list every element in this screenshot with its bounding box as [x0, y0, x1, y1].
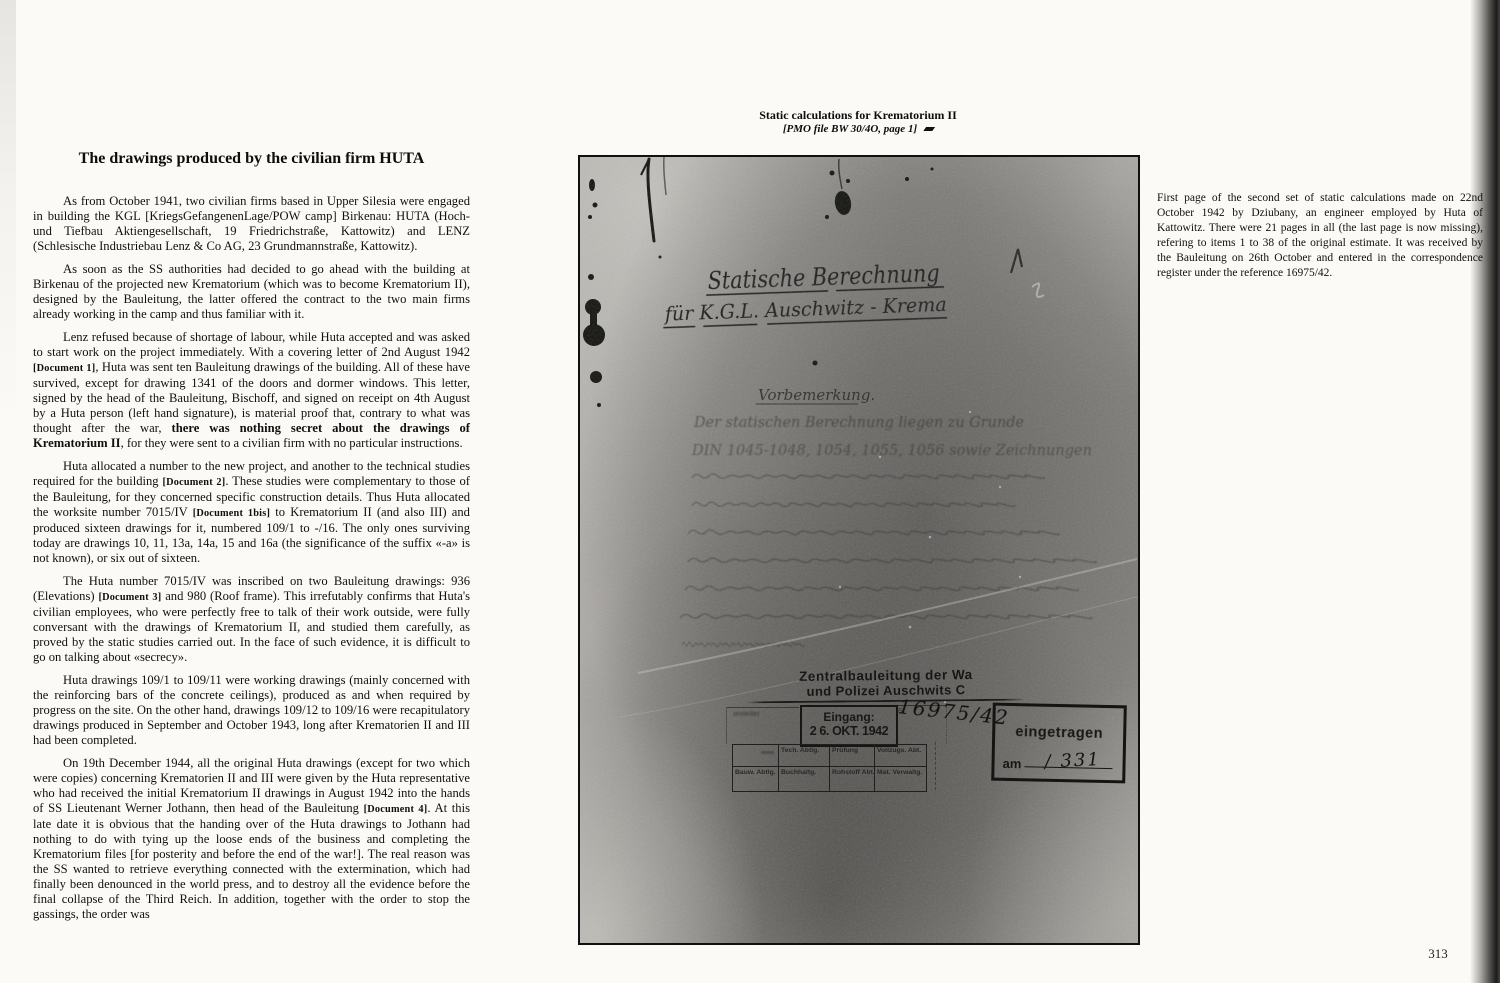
pen-mark-icon [923, 127, 935, 131]
article-paragraph-5: The Huta number 7015/IV was inscribed on… [33, 574, 470, 665]
document-photo: Statische Berechnung für K.G.L. Auschwit… [578, 155, 1140, 945]
dept-cell-label: Bauw. Abtlg. [735, 769, 776, 776]
dept-cell: Tech. Abtlg. [779, 744, 830, 767]
dept-cell-label: Tech. Abtlg. [781, 747, 819, 754]
dept-cell: Prüfung [830, 744, 875, 767]
article-paragraph-7: On 19th December 1944, all the original … [33, 756, 470, 922]
eingetragen-label: eingetragen [995, 724, 1123, 743]
eingetragen-stamp: eingetragen am / 331 [991, 703, 1127, 784]
article-paragraph-3: Lenz refused because of shortage of labo… [33, 330, 470, 451]
department-grid-row2: Bauw. Abtlg. Buchhaltg. Rohstoff Abt. Ma… [732, 767, 927, 792]
eingang-label: Eingang: [802, 710, 896, 724]
dashed-divider [935, 742, 936, 790]
photo-artwork: Statische Berechnung für K.G.L. Auschwit… [580, 157, 1138, 943]
dept-cell: Buchhaltg. [779, 767, 830, 792]
dept-cell-label: Prüfung [832, 747, 858, 754]
eingang-date-stamp: Eingang: 2 6. OKT. 1942 [800, 705, 898, 747]
photo-caption: Static calculations for Krematorium II [… [578, 108, 1138, 135]
eingang-date: 2 6. OKT. 1942 [802, 724, 896, 738]
book-page: The drawings produced by the civilian fi… [0, 0, 1500, 983]
article-heading: The drawings produced by the civilian fi… [33, 150, 470, 168]
eingetragen-handwritten-value: / 331 [1044, 749, 1101, 773]
left-article-column: The drawings produced by the civilian fi… [33, 150, 470, 930]
dept-cell: Bauw. Abtlg. [732, 767, 779, 792]
dept-cell-label: Buchhaltg. [781, 769, 816, 776]
am-label: am [1002, 756, 1021, 771]
article-paragraph-6: Huta drawings 109/1 to 109/11 were worki… [33, 673, 470, 748]
film-grain [580, 157, 1138, 943]
right-page-edge-shadow [1470, 0, 1500, 983]
dept-cell: Rohstoff Abt. [830, 767, 875, 792]
faded-label-smudge [761, 751, 774, 754]
dept-cell-label: Rohstoff Abt. [832, 769, 875, 776]
article-paragraph-1: As from October 1941, two civilian firms… [33, 194, 470, 254]
stamp-header-line1: Zentralbauleitung der Wa [738, 666, 1034, 684]
office-cell: ienleiter [726, 707, 799, 744]
dept-cell-label: Vollzugs. Abt. [877, 747, 921, 754]
dept-cell [732, 744, 779, 767]
side-caption: First page of the second set of static c… [1157, 191, 1483, 281]
department-grid-stamp: Tech. Abtlg. Prüfung Vollzugs. Abt. Bauw… [732, 744, 927, 792]
photo-caption-source: [PMO file BW 30/4O, page 1] [578, 123, 1138, 135]
article-paragraph-2: As soon as the SS authorities had decide… [33, 262, 470, 322]
office-cell-label: ienleiter [733, 711, 760, 718]
dept-cell-label: Mat. Verwaltg. [877, 769, 922, 776]
stamp-header-line2: und Polizei Auschwits C [738, 681, 1034, 699]
photo-caption-title: Static calculations for Krematorium II [578, 108, 1138, 123]
dept-cell: Vollzugs. Abt. [875, 744, 927, 767]
department-grid-row1: Tech. Abtlg. Prüfung Vollzugs. Abt. [732, 744, 927, 767]
zentralbauleitung-stamp: Zentralbauleitung der Wa und Polizei Aus… [738, 666, 1034, 703]
article-paragraph-4: Huta allocated a number to the new proje… [33, 459, 470, 566]
left-page-edge-shadow [0, 0, 16, 430]
dept-cell: Mat. Verwaltg. [875, 767, 927, 792]
photo-caption-source-text: [PMO file BW 30/4O, page 1] [783, 123, 917, 135]
page-number: 313 [1416, 946, 1460, 962]
